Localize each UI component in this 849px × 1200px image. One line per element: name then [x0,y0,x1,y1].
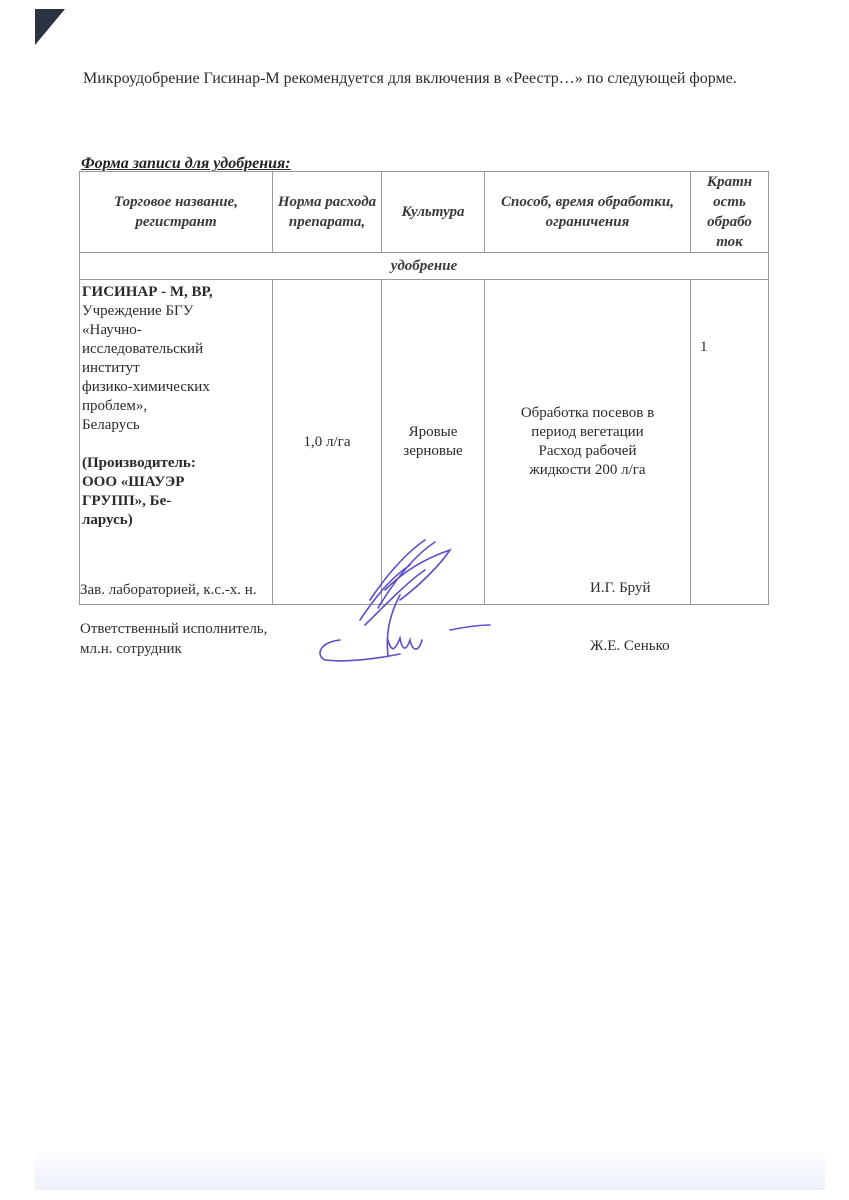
position-line: Зав. лабораторией, к.с.-х. н. [80,580,257,600]
scan-artifact-band [35,1150,825,1190]
registrant-line: Беларусь [82,416,270,435]
table-header-row: Торговое название, регистрант Норма расх… [80,172,769,253]
culture-line: зерновые [386,442,480,461]
signatory-position-2: Ответственный исполнитель, мл.н. сотрудн… [80,619,267,659]
manufacturer-line: ларусь) [82,511,270,530]
signatory-name-1: И.Г. Бруй [590,580,651,597]
method-line: Расход рабочей [489,442,686,461]
multiplicity-cell: 1 [691,280,769,605]
method-line: жидкости 200 л/га [489,461,686,480]
method-line: период вегетации [489,423,686,442]
scan-corner-mark [35,9,65,45]
header-multiplicity: Кратн ость обрабо ток [691,172,769,253]
signatory-name-2: Ж.Е. Сенько [590,638,670,655]
table-group-row: удобрение [80,253,769,280]
registrant-line: институт [82,359,270,378]
header-culture: Культура [382,172,485,253]
header-trade-name: Торговое название, регистрант [80,172,273,253]
position-line: Ответственный исполнитель, [80,619,267,639]
registrant-line: физико-химических [82,378,270,397]
signatory-position-1: Зав. лабораторией, к.с.-х. н. [80,580,257,600]
registrant-line: Учреждение БГУ [82,302,270,321]
group-label: удобрение [80,253,769,280]
registrant-line: проблем», [82,397,270,416]
handwritten-signature [300,530,520,680]
culture-line: Яровые [386,423,480,442]
manufacturer-line: (Производитель: [82,454,270,473]
product-name: ГИСИНАР - М, ВР, [82,283,270,302]
manufacturer-line: ГРУПП», Бе- [82,492,270,511]
header-rate: Норма расхода препарата, [273,172,382,253]
method-line: Обработка посевов в [489,404,686,423]
manufacturer-line: ООО «ШАУЭР [82,473,270,492]
intro-paragraph: Микроудобрение Гисинар-М рекомендуется д… [83,68,803,90]
header-method: Способ, время обработки, ограничения [485,172,691,253]
trade-name-cell: ГИСИНАР - М, ВР, Учреждение БГУ «Научно-… [80,280,273,605]
signature-strokes [320,540,490,661]
position-line: мл.н. сотрудник [80,639,267,659]
registrant-line: исследовательский [82,340,270,359]
registrant-line: «Научно- [82,321,270,340]
